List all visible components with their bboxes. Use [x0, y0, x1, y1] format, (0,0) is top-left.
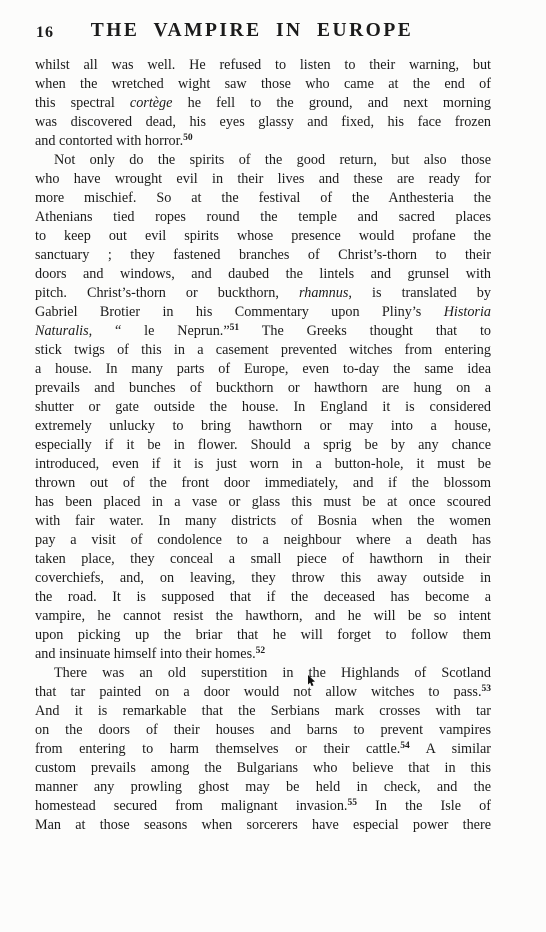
text-line: especially if it be in flower. Should a …: [35, 436, 491, 455]
footnote-reference: 54: [400, 741, 410, 751]
text-line: shutter or gate outside the house. In En…: [35, 398, 491, 417]
text-segment: And it is remarkable that the Serbians m…: [35, 703, 491, 719]
footnote-reference: 52: [256, 646, 266, 656]
text-segment: custom prevails among the Bulgarians who…: [35, 760, 491, 776]
text-segment: The Greeks thought that to: [239, 323, 491, 339]
text-line: the road. It is supposed that if the dec…: [35, 588, 491, 607]
text-segment: with fair water. In many districts of Bo…: [35, 513, 491, 529]
footnote-reference: 53: [482, 684, 492, 694]
text-segment: has been placed in a vase or glass this …: [35, 494, 491, 510]
text-segment: stick twigs of this in a casement preven…: [35, 342, 491, 358]
text-segment: Athenians tied ropes round the temple an…: [35, 209, 491, 225]
text-segment: when the wretched wight saw those who ca…: [35, 76, 491, 92]
text-segment: introduced, even if it is just worn in a…: [35, 456, 491, 472]
text-line: has been placed in a vase or glass this …: [35, 493, 491, 512]
text-line: sanctuary ; they fastened branches of Ch…: [35, 246, 491, 265]
text-segment: coverchiefs, and, on leaving, they throw…: [35, 570, 491, 586]
text-line: manner any prowling ghost may be held in…: [35, 778, 491, 797]
book-page: 16 THE VAMPIRE IN EUROPE whilst all was …: [0, 0, 546, 932]
text-segment: There was an old superstition in the Hig…: [54, 665, 491, 681]
text-line: coverchiefs, and, on leaving, they throw…: [35, 569, 491, 588]
text-segment: , is translated by: [348, 285, 491, 301]
paragraph: Not only do the spirits of the good retu…: [35, 151, 491, 664]
text-line: more mischief. So at the festival of the…: [35, 189, 491, 208]
text-line: from entering to harm themselves or thei…: [35, 740, 491, 759]
text-line: homestead secured from malignant invasio…: [35, 797, 491, 816]
text-segment: vampire, he cannot resist the hawthorn, …: [35, 608, 491, 624]
text-segment: pitch. Christ’s-thorn or buckthorn,: [35, 285, 299, 301]
text-line: Athenians tied ropes round the temple an…: [35, 208, 491, 227]
text-segment: was discovered dead, his eyes glassy and…: [35, 114, 491, 130]
text-line: introduced, even if it is just worn in a…: [35, 455, 491, 474]
text-segment: pay a visit of condolence to a neighbour…: [35, 532, 491, 548]
text-line: pitch. Christ’s-thorn or buckthorn, rham…: [35, 284, 491, 303]
text-segment: who have wrought evil in their lives and…: [35, 171, 491, 187]
text-line: to keep out evil spirits whose presence …: [35, 227, 491, 246]
text-line: on the doors of their houses and barns t…: [35, 721, 491, 740]
text-segment: In the Isle of: [357, 798, 491, 814]
text-line: There was an old superstition in the Hig…: [35, 664, 491, 683]
text-line: a house. In many parts of Europe, even t…: [35, 360, 491, 379]
text-segment: doors and windows, and daubed the lintel…: [35, 266, 491, 282]
text-segment: and insinuate himself into their homes.: [35, 646, 256, 662]
text-segment: that tar painted on a door would not all…: [35, 684, 482, 700]
text-segment: more mischief. So at the festival of the…: [35, 190, 491, 206]
text-line: this spectral cortège he fell to the gro…: [35, 94, 491, 113]
text-line: Gabriel Brotier in his Commentary upon P…: [35, 303, 491, 322]
text-segment: homestead secured from malignant invasio…: [35, 798, 347, 814]
mouse-cursor-icon: [308, 673, 316, 684]
text-line: extremely unlucky to bring hawthorn or m…: [35, 417, 491, 436]
text-segment: rhamnus: [299, 285, 348, 301]
page-header: 16 THE VAMPIRE IN EUROPE: [35, 20, 491, 46]
paragraph: whilst all was well. He refused to liste…: [35, 56, 491, 151]
text-segment: this spectral: [35, 95, 130, 111]
paragraph: There was an old superstition in the Hig…: [35, 664, 491, 835]
text-line: was discovered dead, his eyes glassy and…: [35, 113, 491, 132]
text-segment: manner any prowling ghost may be held in…: [35, 779, 491, 795]
text-segment: Not only do the spirits of the good retu…: [54, 152, 491, 168]
text-line: doors and windows, and daubed the lintel…: [35, 265, 491, 284]
text-segment: prevails and bunches of buckthorn or haw…: [35, 380, 491, 396]
text-line: upon picking up the briar that he will f…: [35, 626, 491, 645]
text-segment: thrown out of the front door immediately…: [35, 475, 491, 491]
text-segment: he fell to the ground, and next morning: [172, 95, 491, 111]
text-line: Naturalis, “ le Neprun.”51 The Greeks th…: [35, 322, 491, 341]
text-segment: to keep out evil spirits whose presence …: [35, 228, 491, 244]
text-segment: Historia: [444, 304, 491, 320]
text-line: when the wretched wight saw those who ca…: [35, 75, 491, 94]
text-line: prevails and bunches of buckthorn or haw…: [35, 379, 491, 398]
text-segment: A similar: [410, 741, 491, 757]
text-segment: especially if it be in flower. Should a …: [35, 437, 491, 453]
text-line: custom prevails among the Bulgarians who…: [35, 759, 491, 778]
text-segment: a house. In many parts of Europe, even t…: [35, 361, 491, 377]
text-block: whilst all was well. He refused to liste…: [35, 56, 491, 835]
footnote-reference: 55: [347, 798, 357, 808]
text-line: and contorted with horror.50: [35, 132, 491, 151]
text-segment: the road. It is supposed that if the dec…: [35, 589, 491, 605]
text-line: and insinuate himself into their homes.5…: [35, 645, 491, 664]
text-line: stick twigs of this in a casement preven…: [35, 341, 491, 360]
text-segment: Gabriel Brotier in his Commentary upon P…: [35, 304, 444, 320]
text-segment: taken place, they conceal a small piece …: [35, 551, 491, 567]
text-line: vampire, he cannot resist the hawthorn, …: [35, 607, 491, 626]
text-segment: from entering to harm themselves or thei…: [35, 741, 400, 757]
text-segment: whilst all was well. He refused to liste…: [35, 57, 491, 73]
text-segment: Man at those seasons when sorcerers have…: [35, 817, 491, 833]
text-segment: extremely unlucky to bring hawthorn or m…: [35, 418, 491, 434]
text-line: pay a visit of condolence to a neighbour…: [35, 531, 491, 550]
text-line: Not only do the spirits of the good retu…: [35, 151, 491, 170]
text-line: whilst all was well. He refused to liste…: [35, 56, 491, 75]
text-line: Man at those seasons when sorcerers have…: [35, 816, 491, 835]
text-segment: cortège: [130, 95, 173, 111]
footnote-reference: 50: [183, 133, 193, 143]
text-line: with fair water. In many districts of Bo…: [35, 512, 491, 531]
text-segment: Naturalis: [35, 323, 89, 339]
text-segment: shutter or gate outside the house. In En…: [35, 399, 491, 415]
text-segment: on the doors of their houses and barns t…: [35, 722, 491, 738]
text-segment: , “ le Neprun.”: [89, 323, 230, 339]
text-line: taken place, they conceal a small piece …: [35, 550, 491, 569]
running-title: THE VAMPIRE IN EUROPE: [24, 20, 480, 42]
text-segment: upon picking up the briar that he will f…: [35, 627, 491, 643]
text-line: that tar painted on a door would not all…: [35, 683, 491, 702]
footnote-reference: 51: [230, 323, 240, 333]
text-line: thrown out of the front door immediately…: [35, 474, 491, 493]
text-segment: and contorted with horror.: [35, 133, 183, 149]
text-line: who have wrought evil in their lives and…: [35, 170, 491, 189]
text-segment: sanctuary ; they fastened branches of Ch…: [35, 247, 491, 263]
text-line: And it is remarkable that the Serbians m…: [35, 702, 491, 721]
